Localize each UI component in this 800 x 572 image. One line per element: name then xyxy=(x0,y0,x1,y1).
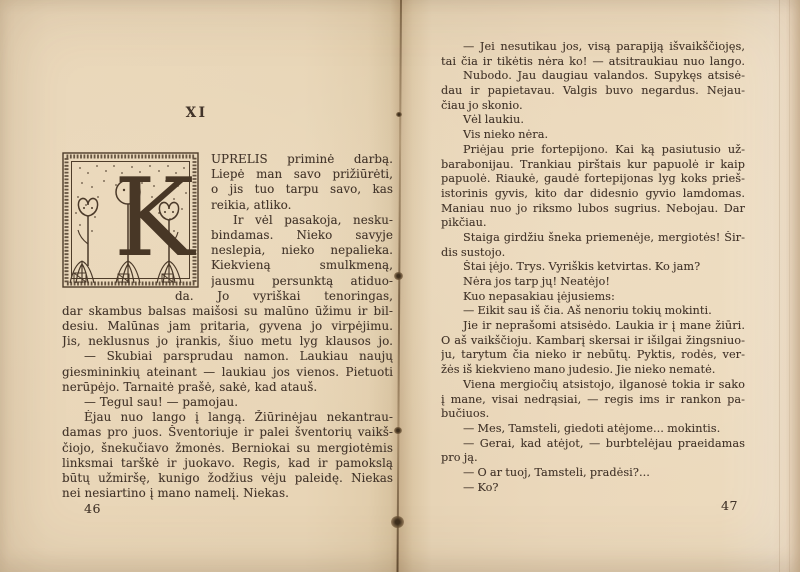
text-line: žės iš kiekvieno mano judesio. Jie nieko… xyxy=(441,363,745,378)
text-line: — O ar tuoj, Tamsteli, pradėsi?... xyxy=(441,466,745,481)
text-line: papuolė. Riaukė, gaudė fortepijonas lyg … xyxy=(441,172,745,187)
text-line: bindamas. Nieko savyje xyxy=(211,228,393,243)
left-page-text: K UPRELIS priminė darbą.Liepė man savo p… xyxy=(62,152,393,501)
text-line: — Ko? xyxy=(441,481,745,496)
text-line: dau ir papietavau. Valgis buvo negardus.… xyxy=(441,84,745,99)
text-line: dar skambus balsas maišosi su malūno ūži… xyxy=(62,304,393,319)
binding-stitch xyxy=(394,272,403,280)
text-line: Ėjau nuo lango į langą. Žiūrinėjau nekan… xyxy=(62,410,393,425)
binding-stitch xyxy=(394,427,402,434)
text-line: — Jei nesutikau jos, visą parapiją išvai… xyxy=(441,40,745,55)
text-line: jausmu persunktą atiduo- xyxy=(211,274,393,289)
spine-crease xyxy=(396,0,401,572)
text-line: da. Jo vyriškai tenoringas, xyxy=(175,289,393,304)
text-line: Kiekvieną smulkmeną, xyxy=(211,258,393,273)
text-line: — Eikit sau iš čia. Aš nenoriu tokių mok… xyxy=(441,304,745,319)
text-line: čiojo, šnekučiavo žmonės. Berniokai su m… xyxy=(62,441,393,456)
fore-edge-pages xyxy=(768,0,800,572)
text-line: Maniau nuo jo riksmo lubos sugrius. Nebo… xyxy=(441,202,745,217)
text-line: nei nesiartino į mano namelį. Niekas. xyxy=(62,486,393,501)
text-line: damas pro juos. Šventoriuje ir palei šve… xyxy=(62,425,393,440)
page-edge-line xyxy=(779,0,780,572)
right-page: — Jei nesutikau jos, visą parapiją išvai… xyxy=(441,40,745,495)
text-line: Vis nieko nėra. xyxy=(441,128,745,143)
text-line: barabonijau. Trankiau pirštais kur papuo… xyxy=(441,158,745,173)
page-number-left: 46 xyxy=(84,501,101,516)
text-line: istorinis gyvis, kito dar didesnio gyvio… xyxy=(441,187,745,202)
text-line: pikčiau. xyxy=(441,216,745,231)
text-line: reikia, atliko. xyxy=(211,198,393,213)
text-line: — Tegul sau! — pamojau. xyxy=(62,395,393,410)
text-line: tai čia ir tikėtis nėra ko! — atsitrauki… xyxy=(441,55,745,70)
text-line: būtų užmiršę, kunigo žodžius vėju paleid… xyxy=(62,471,393,486)
text-line: Kuo nepasakiau įėjusiems: xyxy=(441,290,745,305)
text-line: Ir vėl pasakoja, nesku- xyxy=(211,213,393,228)
drop-cap: K xyxy=(62,152,199,288)
text-line: O aš vaikščioju. Kambarį skersai ir išil… xyxy=(441,334,745,349)
text-line: desiu. Malūnas jam pritaria, gyvena jo v… xyxy=(62,319,393,334)
book-spread: XI xyxy=(0,0,800,572)
text-line: Štai įėjo. Trys. Vyriškis ketvirtas. Ko … xyxy=(441,260,745,275)
text-line: Viena mergiočių atsistojo, ilganosė toki… xyxy=(441,378,745,393)
binding-stitch xyxy=(396,112,402,117)
text-line: neslepia, nieko nepalieka. xyxy=(211,243,393,258)
text-line: nerūpėjo. Tarnaitė prašė, sakė, kad atau… xyxy=(62,380,393,395)
page-number-right: 47 xyxy=(721,498,738,513)
text-line: dis sustojo. xyxy=(441,246,745,261)
chapter-heading: XI xyxy=(62,104,393,122)
woodcut-initial-k-icon: K xyxy=(62,152,199,288)
text-line: linksmai tarškė ir juokavo. Regis, kad i… xyxy=(62,456,393,471)
text-line: ju, tarytum čia nieko ir nebūtų. Pyktis,… xyxy=(441,348,745,363)
text-line: — Skubiai parsprudau namon. Laukiau nauj… xyxy=(62,349,393,364)
text-line: Nėra jos tarp jų! Neatėjo! xyxy=(441,275,745,290)
page-edge-line xyxy=(789,0,790,572)
text-line: į mane, visai nedrąsiai, — regis ims ir … xyxy=(441,393,745,408)
text-line: — Gerai, kad atėjot, — burbtelėjau praei… xyxy=(441,437,745,452)
binding-stitch xyxy=(391,516,404,528)
text-line: Priėjau prie fortepijono. Kai ką pasiutu… xyxy=(441,143,745,158)
left-page: XI xyxy=(62,104,393,501)
text-line: Liepė man savo prižiūrėti, xyxy=(211,167,393,182)
text-line: Jie ir neprašomi atsisėdo. Laukia ir į m… xyxy=(441,319,745,334)
text-line: Vėl laukiu. xyxy=(441,113,745,128)
text-line: UPRELIS priminė darbą. xyxy=(211,152,393,167)
text-line: o jis tuo tarpu savo, kas xyxy=(211,182,393,197)
text-line: bučiuos. xyxy=(441,407,745,422)
text-line: Jis, neklusnus jo įrankis, šiuo metu lyg… xyxy=(62,334,393,349)
text-line: — Mes, Tamsteli, giedoti atėjome... moki… xyxy=(441,422,745,437)
text-line: čiau jo skonio. xyxy=(441,99,745,114)
text-line: Staiga girdžiu šneka priemenėje, mergiot… xyxy=(441,231,745,246)
text-line: pro ją. xyxy=(441,451,745,466)
text-line: Nubodo. Jau daugiau valandos. Supykęs at… xyxy=(441,69,745,84)
text-line: giesmininkių ateinant — laukiau jos vien… xyxy=(62,365,393,380)
